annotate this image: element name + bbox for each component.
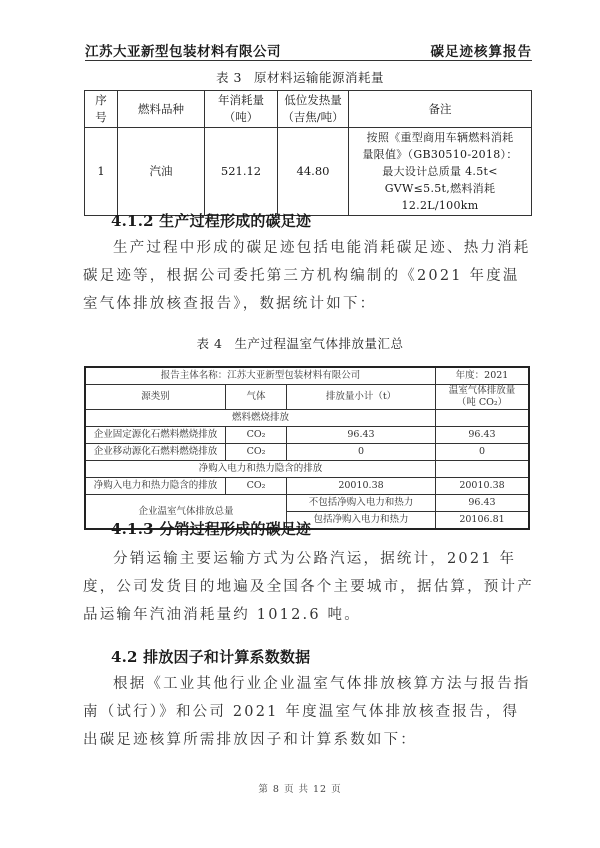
- table4-subtotal: 20010.38: [287, 478, 436, 495]
- table4-section-fuel: 燃料燃烧排放: [85, 410, 436, 427]
- section-heading-4-1-3: 4.1.3 分销过程形成的碳足迹: [111, 518, 311, 539]
- table3-cell-calorific: 44.80: [278, 128, 349, 216]
- table3-caption-text: 原材料运输能源消耗量: [254, 70, 384, 85]
- table4-total: 20010.38: [436, 478, 530, 495]
- section-heading-4-1-2: 4.1.2 生产过程形成的碳足迹: [111, 210, 311, 231]
- table4-subtotal: 0: [287, 444, 436, 461]
- page-header: 江苏大亚新型包装材料有限公司 碳足迹核算报告: [85, 38, 532, 61]
- table3-cell-fuel: 汽油: [118, 128, 205, 216]
- section-heading-4-2: 4.2 排放因子和计算系数数据: [111, 646, 310, 667]
- section-4-2-paragraph: 根据《工业其他行业企业温室气体排放核算方法与报告指南（试行）》和公司 2021 …: [83, 670, 535, 754]
- table3-cell-note: 按照《重型商用车辆燃料消耗 量限值》（GB30510-2018）： 最大设计总质…: [349, 128, 532, 216]
- table4-subtotal: 96.43: [287, 427, 436, 444]
- table4-header-row: 源类别 气体 排放量小计（t） 温室气体排放量 （吨 CO₂）: [85, 385, 529, 410]
- table4-header-gas: 气体: [226, 385, 287, 410]
- table4-total-incl-value: 20106.81: [436, 512, 530, 530]
- table4-total-excl-label: 不包括净购入电力和热力: [287, 495, 436, 512]
- table4-gas: CO₂: [226, 478, 287, 495]
- table3-header-row: 序 号 燃料品种 年消耗量 （吨） 低位发热量 （吉焦/吨） 备注: [85, 91, 532, 128]
- table3-cell-consumption: 521.12: [205, 128, 278, 216]
- table-row: 1 汽油 521.12 44.80 按照《重型商用车辆燃料消耗 量限值》（GB3…: [85, 128, 532, 216]
- report-title: 碳足迹核算报告: [431, 40, 533, 60]
- table-row: 企业移动源化石燃料燃烧排放 CO₂ 0 0: [85, 444, 529, 461]
- table4-year: 年度：2021: [436, 367, 530, 385]
- table4-caption: 表 4生产过程温室气体排放量汇总: [0, 334, 600, 352]
- table4-total: 96.43: [436, 427, 530, 444]
- section-4-1-2-paragraph: 生产过程中形成的碳足迹包括电能消耗碳足迹、热力消耗碳足迹等，根据公司委托第三方机…: [83, 234, 535, 318]
- table-row: 净购入电力和热力隐含的排放 CO₂ 20010.38 20010.38: [85, 478, 529, 495]
- table4-section-row-power: 净购入电力和热力隐含的排放: [85, 461, 529, 478]
- table4-source: 企业固定源化石燃料燃烧排放: [85, 427, 226, 444]
- table4-header-source: 源类别: [85, 385, 226, 410]
- table-row: 企业固定源化石燃料燃烧排放 CO₂ 96.43 96.43: [85, 427, 529, 444]
- table3-cell-no: 1: [85, 128, 118, 216]
- table4-total-excl-value: 96.43: [436, 495, 530, 512]
- table3-header-calorific: 低位发热量 （吉焦/吨）: [278, 91, 349, 128]
- company-name: 江苏大亚新型包装材料有限公司: [85, 40, 281, 60]
- table4-source: 企业移动源化石燃料燃烧排放: [85, 444, 226, 461]
- table3-header-note: 备注: [349, 91, 532, 128]
- table3-raw-material-transport-energy: 序 号 燃料品种 年消耗量 （吨） 低位发热量 （吉焦/吨） 备注 1 汽油 5…: [84, 90, 532, 216]
- table3-header-consumption: 年消耗量 （吨）: [205, 91, 278, 128]
- table4-total-row-excl: 企业温室气体排放总量 不包括净购入电力和热力 96.43: [85, 495, 529, 512]
- table4-caption-number: 表 4: [197, 336, 223, 351]
- table4-ghg-emission-summary: 报告主体名称：江苏大亚新型包装材料有限公司 年度：2021 源类别 气体 排放量…: [84, 366, 530, 530]
- table4-total: 0: [436, 444, 530, 461]
- table4-section-power: 净购入电力和热力隐含的排放: [85, 461, 436, 478]
- table4-gas: CO₂: [226, 444, 287, 461]
- table4-header-subtotal: 排放量小计（t）: [287, 385, 436, 410]
- section-4-1-3-paragraph: 分销运输主要运输方式为公路汽运，据统计，2021 年度，公司发货目的地遍及全国各…: [83, 545, 535, 629]
- table4-reporting-entity: 报告主体名称：江苏大亚新型包装材料有限公司: [85, 367, 436, 385]
- table3-caption: 表 3原材料运输能源消耗量: [0, 68, 600, 86]
- table3-header-no: 序 号: [85, 91, 118, 128]
- table4-caption-text: 生产过程温室气体排放量汇总: [234, 336, 403, 351]
- table4-source: 净购入电力和热力隐含的排放: [85, 478, 226, 495]
- page-number: 第 8 页 共 12 页: [0, 781, 600, 795]
- table3-caption-number: 表 3: [216, 70, 242, 85]
- table4-header-ghg: 温室气体排放量 （吨 CO₂）: [436, 385, 530, 410]
- table4-section-row-fuel: 燃料燃烧排放: [85, 410, 529, 427]
- table4-gas: CO₂: [226, 427, 287, 444]
- table4-entity-row: 报告主体名称：江苏大亚新型包装材料有限公司 年度：2021: [85, 367, 529, 385]
- table3-header-fuel: 燃料品种: [118, 91, 205, 128]
